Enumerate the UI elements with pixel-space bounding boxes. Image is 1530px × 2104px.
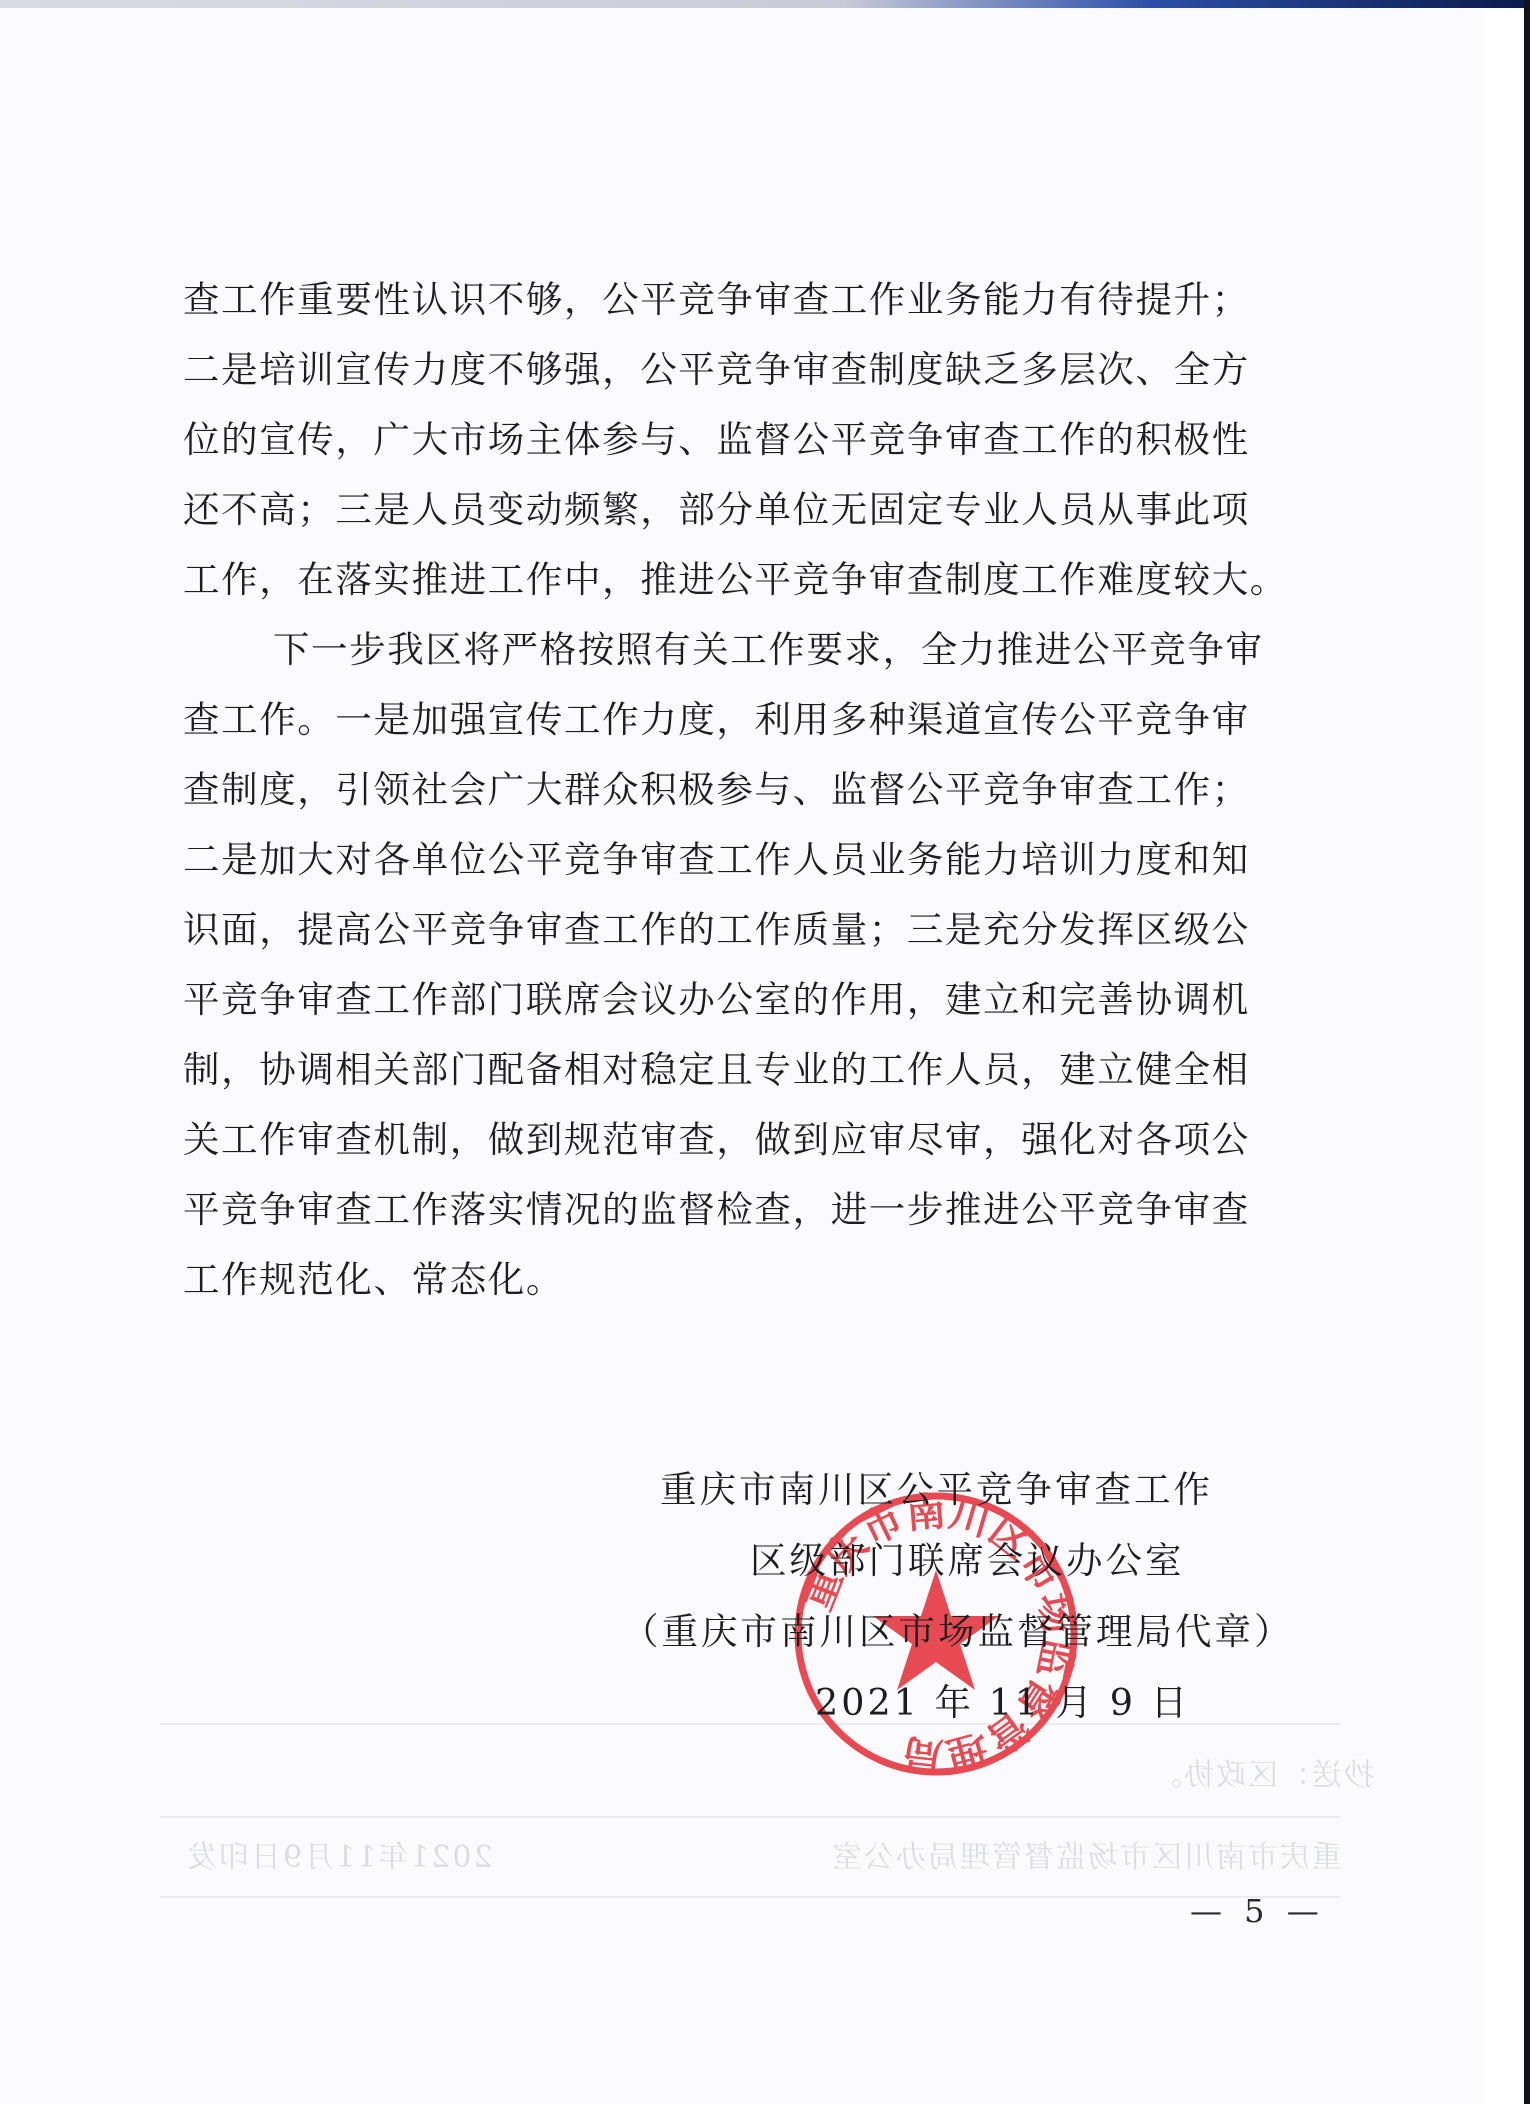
page-right-margin [1484,8,1524,2104]
body-line-2: 二是培训宣传力度不够强，公平竞争审查制度缺乏多层次、全方 [183,340,1323,410]
body-line-3: 位的宣传，广大市场主体参与、监督公平竞争审查工作的积极性 [183,410,1323,480]
body-line-12: 制，协调相关部门配备相对稳定且专业的工作人员，建立健全相 [183,1040,1323,1110]
body-line-1: 查工作重要性认识不够，公平竞争审查工作业务能力有待提升； [183,270,1323,340]
body-line-6-paragraph-start: 下一步我区将严格按照有关工作要求，全力推进公平竞争审 [183,620,1323,690]
body-line-11: 平竞争审查工作部门联席会议办公室的作用，建立和完善协调机 [183,970,1323,1040]
bleed-issuer: 重庆市南川区市场监督管理局办公室 [830,1832,1342,1876]
scan-right-edge [1524,0,1530,2104]
body-line-14: 平竞争审查工作落实情况的监督检查，进一步推进公平竞争审查 [183,1180,1323,1250]
body-line-13: 关工作审查机制，做到规范审查，做到应审尽审，强化对各项公 [183,1110,1323,1180]
body-line-10: 识面，提高公平竞争审查工作的工作质量；三是充分发挥区级公 [183,900,1323,970]
signature-org-line-2: 区级部门联席会议办公室 [750,1531,1185,1591]
bleed-issue-date: 2021年11月9日印发 [185,1832,493,1876]
body-line-5: 工作，在落实推进工作中，推进公平竞争审查制度工作难度较大。 [183,550,1323,620]
document-body: 查工作重要性认识不够，公平竞争审查工作业务能力有待提升； 二是培训宣传力度不够强… [183,270,1323,1320]
signature-org-line-1: 重庆市南川区公平竞争审查工作 [660,1460,1213,1520]
page-number: — 5 — [1190,1892,1325,1930]
signature-date: 2021 年 11 月 9 日 [815,1673,1190,1733]
body-line-15: 工作规范化、常态化。 [183,1250,1323,1320]
body-line-9: 二是加大对各单位公平竞争审查工作人员业务能力培训力度和知 [183,830,1323,900]
body-line-8: 查制度，引领社会广大群众积极参与、监督公平竞争审查工作； [183,760,1323,830]
bleed-cc-line: 抄送：区政协。 [1150,1750,1374,1794]
bleed-rule-middle [160,1816,1340,1818]
scan-top-edge [0,0,1530,8]
body-line-4: 还不高；三是人员变动频繁，部分单位无固定专业人员从事此项 [183,480,1323,550]
body-line-7: 查工作。一是加强宣传工作力度，利用多种渠道宣传公平竞争审 [183,690,1323,760]
bleed-rule-bottom [160,1896,1340,1898]
signature-seal-note: （重庆市南川区市场监督管理局代章） [622,1602,1294,1662]
